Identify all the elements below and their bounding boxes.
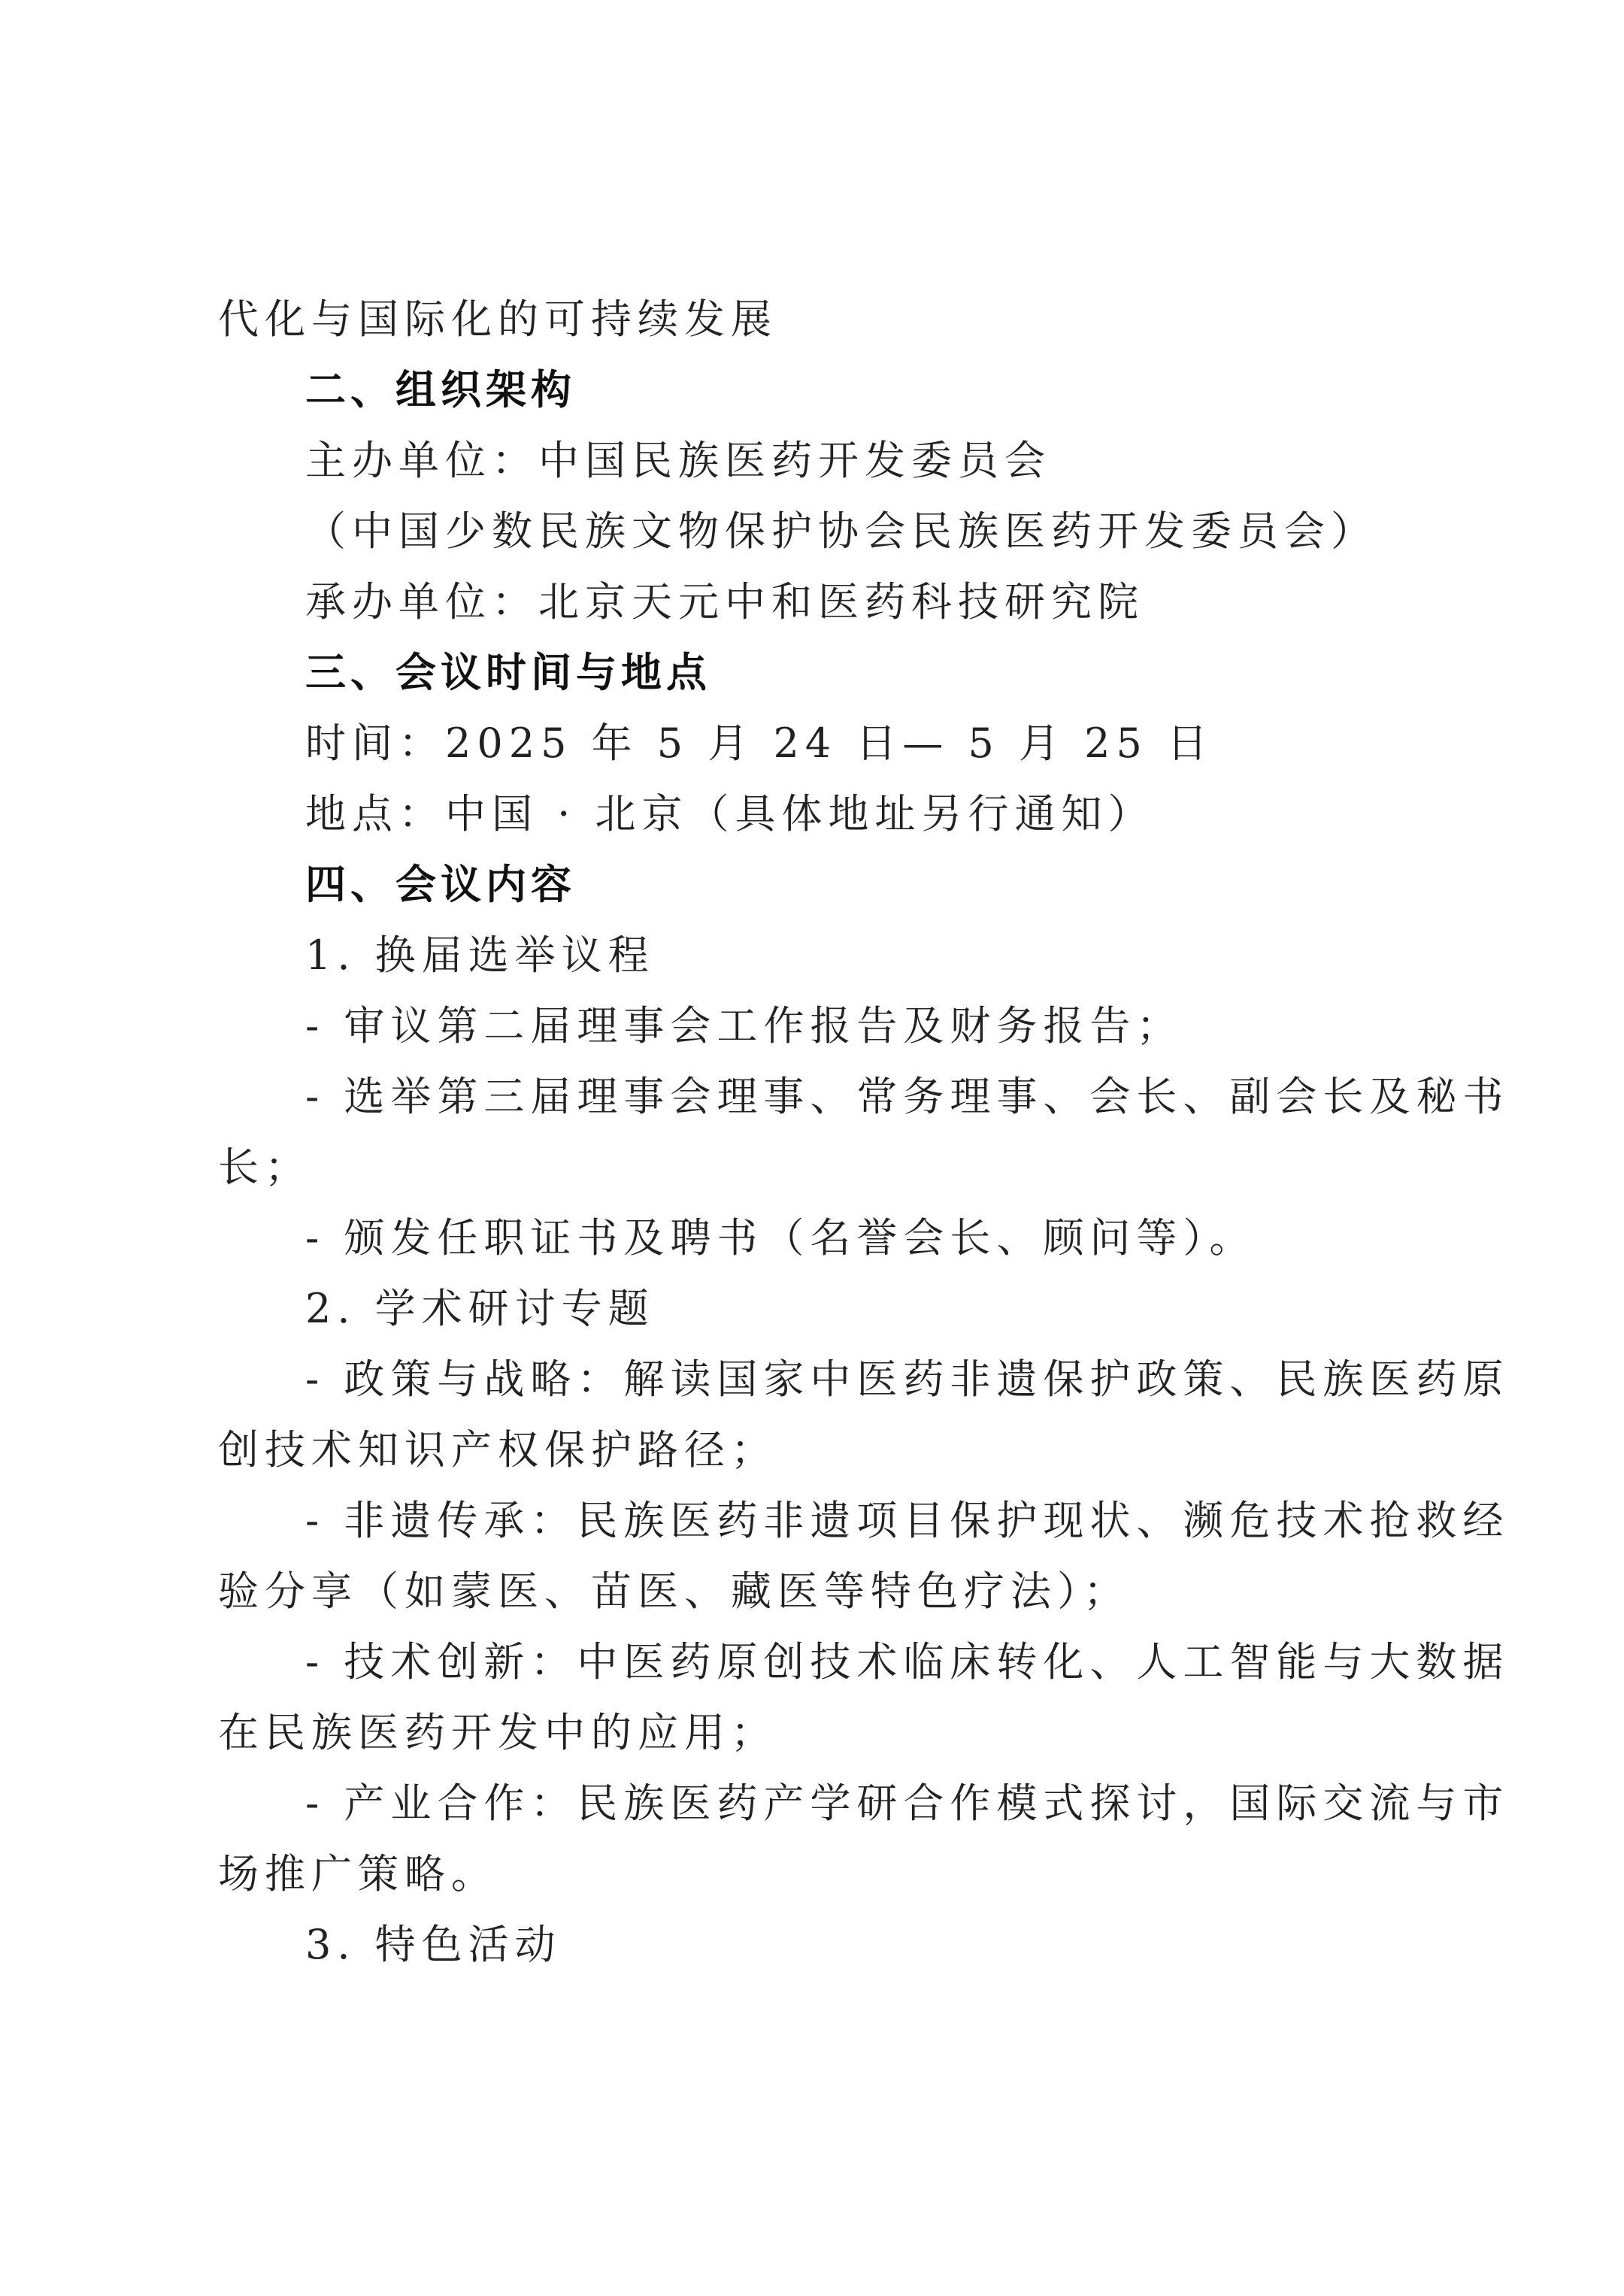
- section-4-heading: 四、会议内容: [218, 850, 1421, 920]
- item-1-bullet-2-line-1: - 选举第三届理事会理事、常务理事、会长、副会长及秘书: [218, 1062, 1421, 1132]
- meeting-place-line: 地点：中国 · 北京（具体地址另行通知）: [218, 779, 1421, 850]
- item-2-bullet-4-line-2: 场推广策略。: [218, 1839, 1421, 1910]
- section-2-heading: 二、组织架构: [218, 355, 1421, 426]
- section-3-heading: 三、会议时间与地点: [218, 638, 1421, 708]
- item-2-bullet-4-line-1: - 产业合作：民族医药产学研合作模式探讨，国际交流与市: [218, 1768, 1421, 1839]
- item-1-title: 1. 换届选举议程: [218, 920, 1421, 991]
- item-3-title: 3. 特色活动: [218, 1910, 1421, 1980]
- item-2-bullet-4: - 产业合作：民族医药产学研合作模式探讨，国际交流与市 场推广策略。: [218, 1768, 1421, 1910]
- item-2-bullet-2: - 非遗传承：民族医药非遗项目保护现状、濒危技术抢救经 验分享（如蒙医、苗医、藏…: [218, 1486, 1421, 1627]
- item-1-bullet-2: - 选举第三届理事会理事、常务理事、会长、副会长及秘书 长；: [218, 1062, 1421, 1203]
- item-1-bullet-1: - 审议第二届理事会工作报告及财务报告；: [218, 991, 1421, 1062]
- item-1-bullet-2-line-2: 长；: [218, 1132, 1421, 1203]
- item-2-bullet-2-line-2: 验分享（如蒙医、苗医、藏医等特色疗法）；: [218, 1556, 1421, 1627]
- item-2-bullet-1: - 政策与战略：解读国家中医药非遗保护政策、民族医药原 创技术知识产权保护路径；: [218, 1344, 1421, 1486]
- item-2-bullet-3-line-2: 在民族医药开发中的应用；: [218, 1698, 1421, 1768]
- item-2-bullet-3-line-1: - 技术创新：中医药原创技术临床转化、人工智能与大数据: [218, 1627, 1421, 1698]
- document-page: 代化与国际化的可持续发展 二、组织架构 主办单位：中国民族医药开发委员会 （中国…: [218, 284, 1421, 1980]
- item-2-title: 2. 学术研讨专题: [218, 1274, 1421, 1344]
- item-2-bullet-2-line-1: - 非遗传承：民族医药非遗项目保护现状、濒危技术抢救经: [218, 1486, 1421, 1556]
- meeting-time-line: 时间：2025 年 5 月 24 日— 5 月 25 日: [218, 708, 1421, 779]
- item-2-bullet-3: - 技术创新：中医药原创技术临床转化、人工智能与大数据 在民族医药开发中的应用；: [218, 1627, 1421, 1768]
- host-organization-alt-name: （中国少数民族文物保护协会民族医药开发委员会）: [218, 496, 1421, 567]
- intro-tail-line: 代化与国际化的可持续发展: [218, 284, 1421, 355]
- organizer-line: 承办单位：北京天元中和医药科技研究院: [218, 567, 1421, 638]
- item-1-bullet-3: - 颁发任职证书及聘书（名誉会长、顾问等）。: [218, 1203, 1421, 1274]
- host-organization-line: 主办单位：中国民族医药开发委员会: [218, 426, 1421, 496]
- item-2-bullet-1-line-2: 创技术知识产权保护路径；: [218, 1415, 1421, 1486]
- item-2-bullet-1-line-1: - 政策与战略：解读国家中医药非遗保护政策、民族医药原: [218, 1344, 1421, 1415]
